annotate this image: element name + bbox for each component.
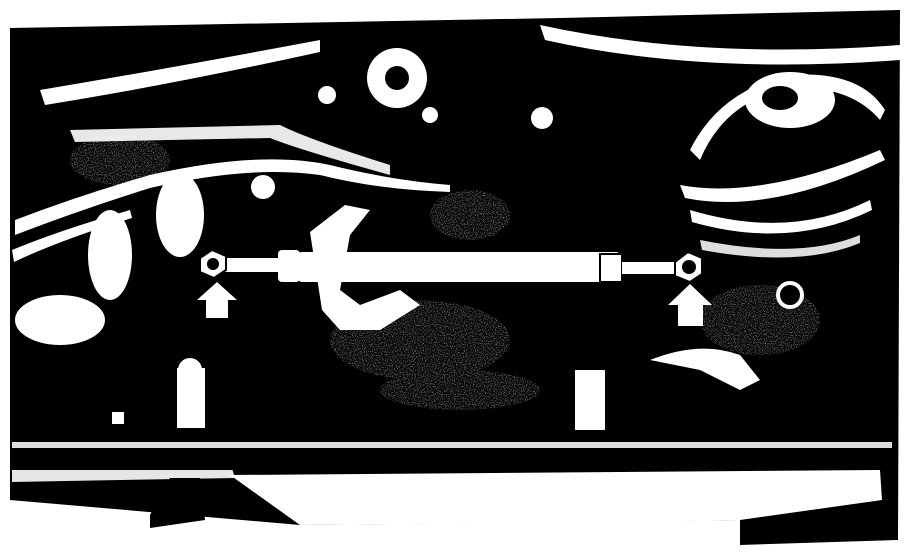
underbody-photo: [0, 0, 912, 558]
left-ball-joint: [200, 250, 226, 278]
photo-figure: [0, 0, 912, 558]
